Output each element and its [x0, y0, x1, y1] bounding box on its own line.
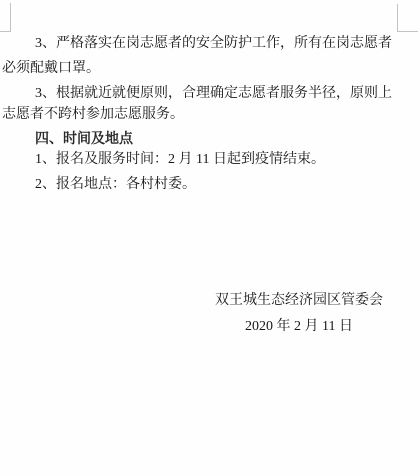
boundary-mark-horizontal-line — [397, 31, 418, 32]
signature-organization: 双王城生态经济园区管委会 — [215, 293, 383, 309]
section-heading-time-and-place: 四、时间及地点 — [35, 130, 133, 146]
body-line-radius-2: 志愿者不跨村参加志愿服务。 — [2, 107, 184, 123]
boundary-mark-horizontal-line — [0, 31, 10, 32]
body-line-radius-1: 3、根据就近就便原则，合理确定志愿者服务半径，原则上 — [35, 86, 392, 102]
body-line-signup-place: 2、报名地点：各村村委。 — [35, 177, 196, 193]
signature-date: 2020 年 2 月 11 日 — [245, 319, 353, 335]
boundary-mark-vertical-line — [397, 4, 398, 32]
body-line-safety-2: 必须配戴口罩。 — [2, 61, 100, 77]
body-line-signup-time: 1、报名及服务时间：2 月 11 日起到疫情结束。 — [35, 152, 325, 168]
document-page: 3、严格落实在岗志愿者的安全防护工作，所有在岗志愿者 必须配戴口罩。 3、根据就… — [0, 0, 420, 476]
body-line-safety-1: 3、严格落实在岗志愿者的安全防护工作，所有在岗志愿者 — [35, 36, 392, 52]
boundary-mark-vertical-line — [10, 3, 11, 32]
